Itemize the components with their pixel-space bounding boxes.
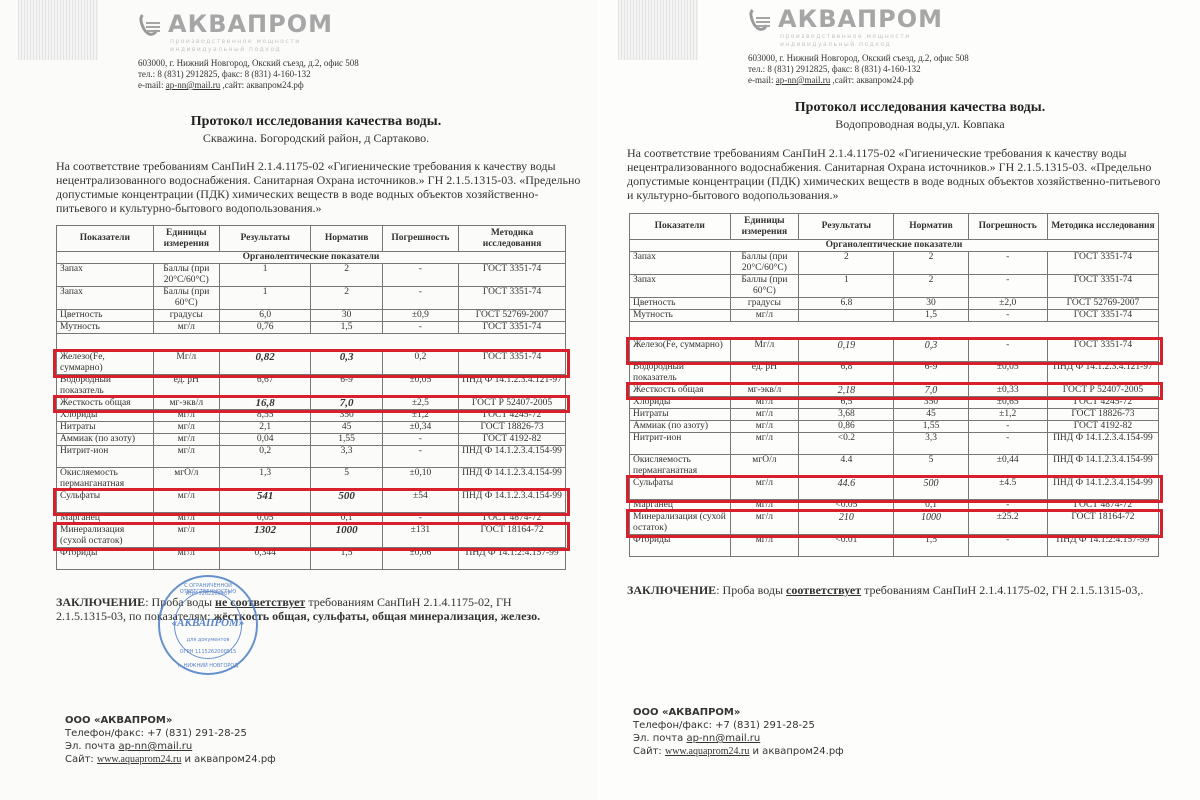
cell-result: 541 <box>219 491 311 513</box>
cell-name: Железо(Fe, суммарно) <box>57 352 154 375</box>
table-row: Жесткость общаямг-экв/л2,187,0±0,33ГОСТ … <box>630 385 1159 397</box>
cell-norm: 0,3 <box>311 352 382 375</box>
cell-method: ГОСТ 4245-72 <box>459 410 566 422</box>
cell-error: - <box>968 275 1047 298</box>
cell-method: ПНД Ф 14.1.2.3.4.154-99 <box>459 446 566 468</box>
table-row: ЗапахБаллы (при 20°С/60°С)12-ГОСТ 3351-7… <box>57 264 566 287</box>
cell-error: ±2,0 <box>968 298 1047 310</box>
cell-name: Нитрит-ион <box>57 446 154 468</box>
cell-norm: 2 <box>894 275 968 298</box>
table-row: Нитрит-ионмг/л<0.23,3-ПНД Ф 14.1.2.3.4.1… <box>630 433 1159 455</box>
cell-unit: мг/л <box>730 512 799 535</box>
cell-method: ГОСТ 18164-72 <box>459 525 566 548</box>
cell-error: ±54 <box>382 491 458 513</box>
cell-norm: 500 <box>311 491 382 513</box>
table-row: Нитратымг/л3,6845±1,2ГОСТ 18826-73 <box>630 409 1159 421</box>
cell-name: Мутность <box>630 310 731 322</box>
cell-name: Нитраты <box>630 409 731 421</box>
conclusion: ЗАКЛЮЧЕНИЕ: Проба воды соответствует тре… <box>627 583 1152 597</box>
document-subtitle: Скважина. Богородский район, д Сартаково… <box>16 131 616 146</box>
cell-unit: мг/л <box>730 500 799 512</box>
footer-email-link[interactable]: ap-nn@mail.ru <box>118 741 192 752</box>
scan-artifact <box>18 0 98 60</box>
column-header: Методика исследования <box>1047 214 1158 240</box>
cell-norm: 30 <box>311 310 382 322</box>
cell-norm: 0,3 <box>894 340 968 362</box>
brand-name: АКВАПРОМ <box>778 5 943 33</box>
cell-name: Фториды <box>630 535 731 557</box>
column-header: Единицы измерения <box>153 226 219 252</box>
cell-unit: Баллы (при 60°С) <box>153 287 219 310</box>
cell-method: ПНД Ф 14.1.2.3.4.154-99 <box>1047 433 1158 455</box>
cell-unit: Мг/л <box>730 340 799 362</box>
cell-name: Фториды <box>57 548 154 570</box>
cell-error: ±25.2 <box>968 512 1047 535</box>
cell-result: 2,1 <box>219 422 311 434</box>
brand-tagline: производственное мощностииндивидуальный … <box>780 33 969 49</box>
cell-unit: мг/л <box>153 525 219 548</box>
cell-error: ±4.5 <box>968 478 1047 500</box>
cell-error: ±131 <box>382 525 458 548</box>
cell-result: 6.8 <box>799 298 894 310</box>
cell-unit: мг-экв/л <box>153 398 219 410</box>
table-row: Сульфатымг/л44.6500±4.5ПНД Ф 14.1.2.3.4.… <box>630 478 1159 500</box>
cell-error: - <box>968 421 1047 433</box>
cell-error: - <box>382 513 458 525</box>
scan-artifact <box>618 0 698 60</box>
table-row: ЗапахБаллы (при 20°С/60°С)22-ГОСТ 3351-7… <box>630 252 1159 275</box>
column-header: Норматив <box>311 226 382 252</box>
cell-error: ±0,9 <box>382 310 458 322</box>
table-row: Мутностьмг/л0,761,5-ГОСТ 3351-74 <box>57 322 566 334</box>
cell-unit: ед. pH <box>153 375 219 398</box>
cell-error: ±0,06 <box>382 548 458 570</box>
cell-name: Окисляемость перманганатная <box>630 455 731 478</box>
conclusion: ЗАКЛЮЧЕНИЕ: Проба воды не соответствует … <box>56 595 556 623</box>
cell-unit: градусы <box>730 298 799 310</box>
cell-norm: 1,55 <box>311 434 382 446</box>
column-header: Единицы измерения <box>730 214 799 240</box>
table-row: Минерализация (сухой остаток)мг/л1302100… <box>57 525 566 548</box>
cell-norm: 30 <box>894 298 968 310</box>
cell-unit: мг/л <box>153 422 219 434</box>
cell-name: Сульфаты <box>630 478 731 500</box>
cell-method: ГОСТ 18164-72 <box>1047 512 1158 535</box>
cell-norm: 2 <box>311 264 382 287</box>
cell-norm: 7,0 <box>311 398 382 410</box>
cell-norm: 7,0 <box>894 385 968 397</box>
table-row: ЗапахБаллы (при 60°С)12-ГОСТ 3351-74 <box>630 275 1159 298</box>
cell-method: ГОСТ 3351-74 <box>1047 340 1158 362</box>
brand-tagline: производственное мощностииндивидуальный … <box>170 38 359 54</box>
cell-unit: мг/л <box>730 397 799 409</box>
cell-unit: градусы <box>153 310 219 322</box>
cell-unit: мг/л <box>730 478 799 500</box>
cell-result: 1 <box>799 275 894 298</box>
cell-result: 8,55 <box>219 410 311 422</box>
table-row: Нитратымг/л2,145±0,34ГОСТ 18826-73 <box>57 422 566 434</box>
cell-result: 6,5 <box>799 397 894 409</box>
cell-name: Жесткость общая <box>57 398 154 410</box>
cell-result: 44.6 <box>799 478 894 500</box>
company-footer: ООО «АКВАПРОМ» Телефон/факс: +7 (831) 29… <box>633 706 844 758</box>
table-row: Окисляемость перманганатнаямгО/л4.45±0,4… <box>630 455 1159 478</box>
table-row: Окисляемость перманганатнаямгО/л1,35±0,1… <box>57 468 566 491</box>
cell-norm: 45 <box>311 422 382 434</box>
cell-norm: 5 <box>894 455 968 478</box>
cell-method: ПНД Ф 14.1.2.3.4.154-99 <box>1047 478 1158 500</box>
cell-error: ±0,33 <box>968 385 1047 397</box>
table-row: Жесткость общаямг-экв/л16,87,0±2,5ГОСТ Р… <box>57 398 566 410</box>
cell-result: 6,67 <box>219 375 311 398</box>
column-header: Погрешность <box>968 214 1047 240</box>
cell-unit: Мг/л <box>153 352 219 375</box>
cell-name: Жесткость общая <box>630 385 731 397</box>
cell-norm: 1,5 <box>311 322 382 334</box>
cell-result: 0,04 <box>219 434 311 446</box>
cell-unit: Баллы (при 20°С/60°С) <box>730 252 799 275</box>
cell-error: ±0,65 <box>968 397 1047 409</box>
cell-norm: 1,5 <box>894 310 968 322</box>
table-row: Хлоридымг/л6,5350±0,65ГОСТ 4245-72 <box>630 397 1159 409</box>
cell-norm: 1,5 <box>894 535 968 557</box>
section-row: Органолептические показатели <box>57 252 566 264</box>
verdict: соответствует <box>786 583 861 597</box>
document-subtitle: Водопроводная воды,ул. Ковпака <box>620 117 1200 132</box>
cell-name: Хлориды <box>57 410 154 422</box>
table-row: Цветностьградусы6.830±2,0ГОСТ 52769-2007 <box>630 298 1159 310</box>
cell-name: Минерализация (сухой остаток) <box>57 525 154 548</box>
cell-error: - <box>382 322 458 334</box>
cell-name: Окисляемость перманганатная <box>57 468 154 491</box>
cell-method: ГОСТ 4192-82 <box>459 434 566 446</box>
cell-method: ГОСТ 52769-2007 <box>1047 298 1158 310</box>
cell-method: ГОСТ 18826-73 <box>1047 409 1158 421</box>
cell-error: ±0,05 <box>382 375 458 398</box>
cell-method: ГОСТ 3351-74 <box>459 287 566 310</box>
cell-error: ±0,10 <box>382 468 458 491</box>
cell-name: Нитрит-ион <box>630 433 731 455</box>
cell-method: ГОСТ 3351-74 <box>1047 275 1158 298</box>
table-row: Аммиак (по азоту)мг/л0,861,55-ГОСТ 4192-… <box>630 421 1159 433</box>
cell-unit: мг/л <box>730 535 799 557</box>
cell-result: 0,76 <box>219 322 311 334</box>
cell-error: - <box>968 500 1047 512</box>
cell-name: Запах <box>57 264 154 287</box>
document-title: Протокол исследования качества воды. <box>620 100 1200 116</box>
table-row: Фторидымг/л<0.011,5-ПНД Ф 14.1:2:4.157-9… <box>630 535 1159 557</box>
requirements-intro: На соответствие требованиям СанПиН 2.1.4… <box>56 159 586 215</box>
cell-name: Мутность <box>57 322 154 334</box>
cell-norm: 6-9 <box>894 362 968 385</box>
company-stamp: С ОГРАНИЧЕННОЙ ОТВЕТСТВЕННОСТЬЮ ИНН 5262… <box>158 575 258 675</box>
letterhead: АКВАПРОМ производственное мощностииндиви… <box>748 5 969 86</box>
cell-error: ±1,2 <box>968 409 1047 421</box>
cell-result: 2 <box>799 252 894 275</box>
cell-norm: 2 <box>894 252 968 275</box>
cell-name: Запах <box>630 275 731 298</box>
email-link[interactable]: ap-nn@mail.ru <box>776 75 831 85</box>
cell-method: ГОСТ 3351-74 <box>1047 252 1158 275</box>
cell-result: 0,19 <box>799 340 894 362</box>
cell-result: 2,18 <box>799 385 894 397</box>
cell-result: <0.01 <box>799 535 894 557</box>
cell-name: Марганец <box>630 500 731 512</box>
cell-unit: ед. pH <box>730 362 799 385</box>
column-header: Норматив <box>894 214 968 240</box>
cell-name: Водородный показатель <box>630 362 731 385</box>
email-link[interactable]: ap-nn@mail.ru <box>166 80 221 90</box>
cell-method: ГОСТ 4874-72 <box>459 513 566 525</box>
column-header: Результаты <box>799 214 894 240</box>
table-row: Цветностьградусы6,030±0,9ГОСТ 52769-2007 <box>57 310 566 322</box>
table-row: Мутностьмг/л1,5-ГОСТ 3351-74 <box>630 310 1159 322</box>
cell-method: ГОСТ 4874-72 <box>1047 500 1158 512</box>
company-address: 603000, г. Нижний Новгород, Окский съезд… <box>748 53 969 86</box>
cell-result: <0.2 <box>799 433 894 455</box>
table-row: Хлоридымг/л8,55350±1,2ГОСТ 4245-72 <box>57 410 566 422</box>
cell-norm: 350 <box>311 410 382 422</box>
cell-error: ±0,44 <box>968 455 1047 478</box>
table-row: Марганецмг/л<0.050,1-ГОСТ 4874-72 <box>630 500 1159 512</box>
cell-unit: мг/л <box>153 434 219 446</box>
brand-name: АКВАПРОМ <box>168 10 333 38</box>
cell-method: ГОСТ 18826-73 <box>459 422 566 434</box>
table-row: Нитрит-ионмг/л0,23,3-ПНД Ф 14.1.2.3.4.15… <box>57 446 566 468</box>
table-row: ЗапахБаллы (при 60°С)12-ГОСТ 3351-74 <box>57 287 566 310</box>
cell-error: - <box>382 287 458 310</box>
cell-name: Цветность <box>57 310 154 322</box>
cell-name: Нитраты <box>57 422 154 434</box>
cell-error: - <box>968 340 1047 362</box>
cell-method: ГОСТ 3351-74 <box>459 322 566 334</box>
cell-result: 0,05 <box>219 513 311 525</box>
cell-error: - <box>382 434 458 446</box>
cell-norm: 1000 <box>894 512 968 535</box>
cell-method: ГОСТ 4245-72 <box>1047 397 1158 409</box>
cell-unit: мгО/л <box>730 455 799 478</box>
section-row: Органолептические показатели <box>630 240 1159 252</box>
cell-unit: мг/л <box>153 548 219 570</box>
cell-name: Аммиак (по азоту) <box>630 421 731 433</box>
cell-norm: 1,55 <box>894 421 968 433</box>
table-row: Марганецмг/л0,050,1-ГОСТ 4874-72 <box>57 513 566 525</box>
footer-email-link[interactable]: ap-nn@mail.ru <box>686 733 760 744</box>
cell-error: ±1,2 <box>382 410 458 422</box>
cell-unit: мг/л <box>153 446 219 468</box>
protocol-page-tap: АКВАПРОМ производственное мощностииндиви… <box>600 0 1200 800</box>
cell-unit: мг/л <box>730 433 799 455</box>
cell-norm: 3,3 <box>311 446 382 468</box>
cell-name: Запах <box>57 287 154 310</box>
column-header: Результаты <box>219 226 311 252</box>
cell-result: <0.05 <box>799 500 894 512</box>
cell-method: ПНД Ф 14.1.2.3.4.154-99 <box>459 468 566 491</box>
cell-method: ГОСТ 3351-74 <box>1047 310 1158 322</box>
document-title: Протокол исследования качества воды. <box>16 114 616 130</box>
cell-result: 210 <box>799 512 894 535</box>
cell-result: 1 <box>219 287 311 310</box>
table-row: Железо(Fe, суммарно)Мг/л0,820,30,2ГОСТ 3… <box>57 352 566 375</box>
cell-name: Цветность <box>630 298 731 310</box>
cell-name: Водородный показатель <box>57 375 154 398</box>
cell-method: ПНД Ф 14.1.2.3.4.121-97 <box>1047 362 1158 385</box>
results-table: ПоказателиЕдиницы измеренияРезультатыНор… <box>56 225 566 570</box>
cell-norm: 350 <box>894 397 968 409</box>
cell-unit: мг/л <box>730 409 799 421</box>
cell-norm: 3,3 <box>894 433 968 455</box>
cell-unit: мг/л <box>730 421 799 433</box>
table-row: Водородный показательед. pH6,86-9±0,05ПН… <box>630 362 1159 385</box>
cell-unit: мг/л <box>153 322 219 334</box>
cell-error: - <box>382 264 458 287</box>
cell-method: ГОСТ 52769-2007 <box>459 310 566 322</box>
cell-norm: 5 <box>311 468 382 491</box>
letterhead: АКВАПРОМ производственное мощностииндиви… <box>138 10 359 91</box>
cell-name: Аммиак (по азоту) <box>57 434 154 446</box>
cell-unit: Баллы (при 20°С/60°С) <box>153 264 219 287</box>
cell-unit: мг/л <box>153 410 219 422</box>
aquaprom-logo-icon <box>748 5 772 33</box>
cell-error: - <box>968 535 1047 557</box>
cell-unit: мг/л <box>153 491 219 513</box>
cell-error: - <box>382 446 458 468</box>
cell-result: 0,2 <box>219 446 311 468</box>
cell-error: 0,2 <box>382 352 458 375</box>
cell-norm: 6-9 <box>311 375 382 398</box>
cell-method: ПНД Ф 14.1.2.3.4.121-97 <box>459 375 566 398</box>
cell-result: 6,8 <box>799 362 894 385</box>
cell-norm: 500 <box>894 478 968 500</box>
cell-result: 6,0 <box>219 310 311 322</box>
cell-unit: мгО/л <box>153 468 219 491</box>
cell-result: 0,82 <box>219 352 311 375</box>
cell-method: ГОСТ Р 52407-2005 <box>1047 385 1158 397</box>
cell-name: Сульфаты <box>57 491 154 513</box>
cell-method: ПНД Ф 14.1:2:4.157-99 <box>459 548 566 570</box>
company-footer: ООО «АКВАПРОМ» Телефон/факс: +7 (831) 29… <box>65 714 276 766</box>
column-header: Показатели <box>630 214 731 240</box>
table-row: Фторидымг/л0,3441,5±0,06ПНД Ф 14.1:2:4.1… <box>57 548 566 570</box>
cell-error: - <box>968 433 1047 455</box>
cell-error: ±0,05 <box>968 362 1047 385</box>
cell-result: 1,3 <box>219 468 311 491</box>
cell-error: - <box>968 252 1047 275</box>
cell-result: 16,8 <box>219 398 311 410</box>
cell-norm: 0,1 <box>894 500 968 512</box>
cell-method: ПНД Ф 14.1:2:4.157-99 <box>1047 535 1158 557</box>
footer-site-link[interactable]: www.aquaprom24.ru <box>97 754 181 765</box>
protocol-page-well: АКВАПРОМ производственное мощностииндиви… <box>0 0 600 800</box>
cell-norm: 45 <box>894 409 968 421</box>
cell-name: Минерализация (сухой остаток) <box>630 512 731 535</box>
column-header: Показатели <box>57 226 154 252</box>
cell-method: ГОСТ Р 52407-2005 <box>459 398 566 410</box>
failed-indicators: жёсткость общая, сульфаты, общая минерал… <box>214 609 541 623</box>
table-row: Минерализация (сухой остаток)мг/л2101000… <box>630 512 1159 535</box>
table-row: Водородный показательед. pH6,676-9±0,05П… <box>57 375 566 398</box>
cell-result: 0,344 <box>219 548 311 570</box>
cell-result: 4.4 <box>799 455 894 478</box>
cell-name: Железо(Fe, суммарно) <box>630 340 731 362</box>
cell-unit: Баллы (при 60°С) <box>730 275 799 298</box>
cell-unit: мг/л <box>730 310 799 322</box>
column-header: Погрешность <box>382 226 458 252</box>
cell-error: ±0,34 <box>382 422 458 434</box>
company-address: 603000, г. Нижний Новгород, Окский съезд… <box>138 58 359 91</box>
aquaprom-logo-icon <box>138 10 162 38</box>
cell-name: Запах <box>630 252 731 275</box>
table-row: Железо(Fe, суммарно)Мг/л0,190,3-ГОСТ 335… <box>630 340 1159 362</box>
cell-result: 3,68 <box>799 409 894 421</box>
cell-norm: 1,5 <box>311 548 382 570</box>
cell-error: - <box>968 310 1047 322</box>
cell-unit: мг-экв/л <box>730 385 799 397</box>
cell-result <box>799 310 894 322</box>
cell-method: ГОСТ 3351-74 <box>459 352 566 375</box>
cell-result: 1 <box>219 264 311 287</box>
cell-norm: 1000 <box>311 525 382 548</box>
cell-result: 0,86 <box>799 421 894 433</box>
cell-error: ±2,5 <box>382 398 458 410</box>
cell-result: 1302 <box>219 525 311 548</box>
requirements-intro: На соответствие требованиям СанПиН 2.1.4… <box>627 146 1167 202</box>
cell-norm: 2 <box>311 287 382 310</box>
table-row: Аммиак (по азоту)мг/л0,041,55-ГОСТ 4192-… <box>57 434 566 446</box>
cell-norm: 0,1 <box>311 513 382 525</box>
footer-site-link[interactable]: www.aquaprom24.ru <box>665 746 749 757</box>
cell-name: Марганец <box>57 513 154 525</box>
cell-method: ГОСТ 3351-74 <box>459 264 566 287</box>
table-row: Сульфатымг/л541500±54ПНД Ф 14.1.2.3.4.15… <box>57 491 566 513</box>
cell-name: Хлориды <box>630 397 731 409</box>
cell-method: ГОСТ 4192-82 <box>1047 421 1158 433</box>
results-table: ПоказателиЕдиницы измеренияРезультатыНор… <box>629 213 1159 557</box>
cell-method: ПНД Ф 14.1.2.3.4.154-99 <box>459 491 566 513</box>
column-header: Методика исследования <box>459 226 566 252</box>
cell-unit: мг/л <box>153 513 219 525</box>
cell-method: ПНД Ф 14.1.2.3.4.154-99 <box>1047 455 1158 478</box>
